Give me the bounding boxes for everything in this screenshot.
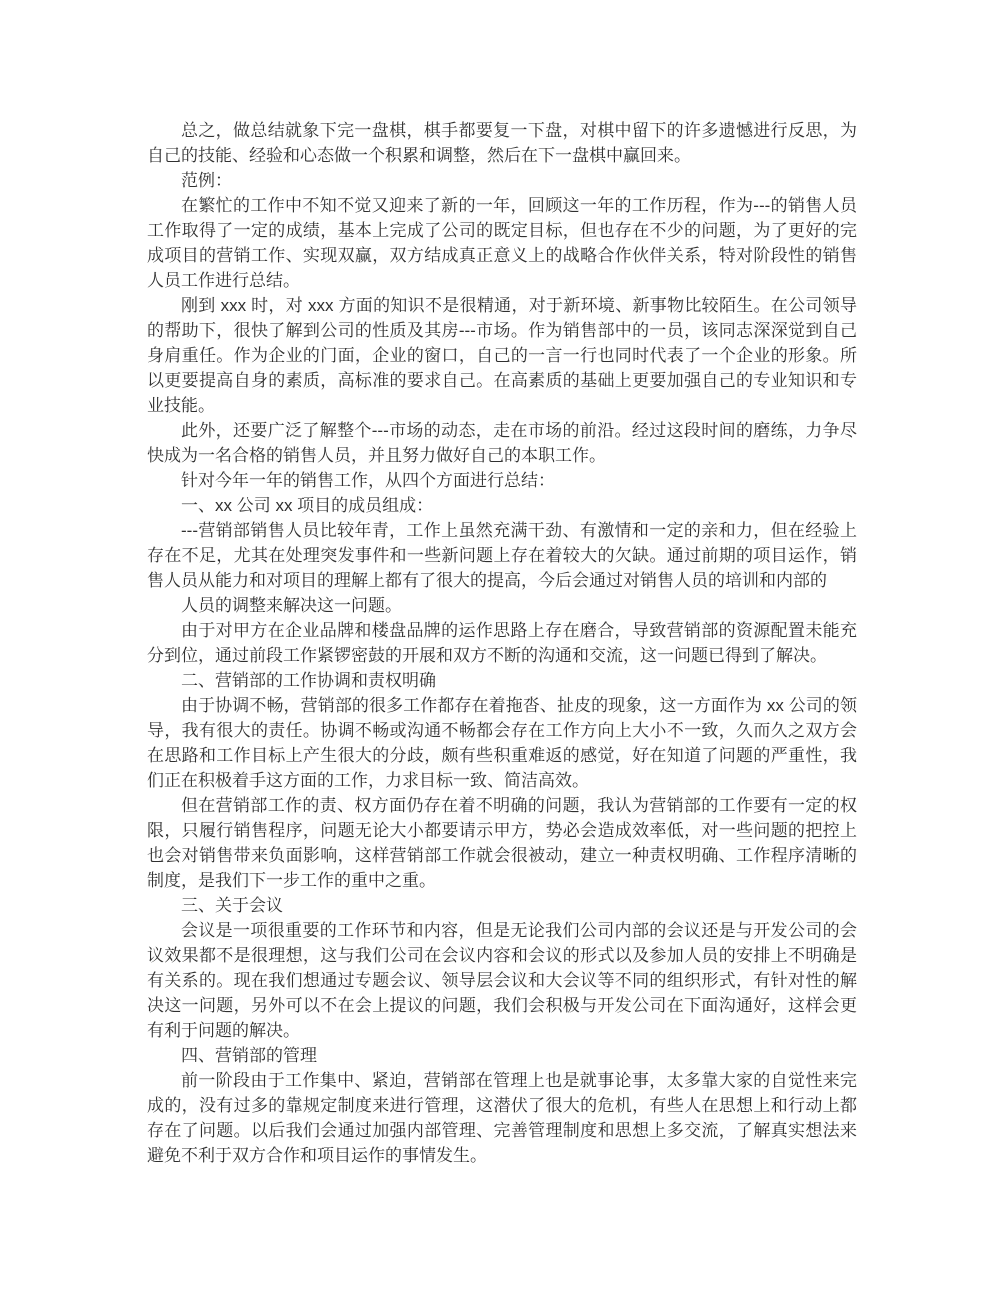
- paragraph-market-learning: 此外，还要广泛了解整个---市场的动态，走在市场的前沿。经过这段时间的磨练，力争…: [147, 418, 857, 468]
- section-heading-4: 四、营销部的管理: [147, 1043, 857, 1068]
- document-page: 总之，做总结就象下完一盘棋，棋手都要复一下盘，对棋中留下的许多遗憾进行反思，为自…: [0, 0, 1000, 1295]
- paragraph-review-intro: 在繁忙的工作中不知不觉又迎来了新的一年，回顾这一年的工作历程，作为---的销售人…: [147, 193, 857, 293]
- section-heading-1: 一、xx 公司 xx 项目的成员组成：: [147, 493, 857, 518]
- paragraph-brand-resources: 由于对甲方在企业品牌和楼盘品牌的运作思路上存在磨合，导致营销部的资源配置未能充分…: [147, 618, 857, 668]
- paragraph-team-composition: ---营销部销售人员比较年青，工作上虽然充满干劲、有激情和一定的亲和力，但在经验…: [147, 518, 857, 593]
- paragraph-authority: 但在营销部工作的责、权方面仍存在着不明确的问题，我认为营销部的工作要有一定的权限…: [147, 793, 857, 893]
- paragraph-summary-lead-in: 针对今年一年的销售工作，从四个方面进行总结：: [147, 468, 857, 493]
- section-heading-2: 二、营销部的工作协调和责权明确: [147, 668, 857, 693]
- label-example: 范例：: [147, 168, 857, 193]
- paragraph-meetings: 会议是一项很重要的工作环节和内容，但是无论我们公司内部的会议还是与开发公司的会议…: [147, 918, 857, 1043]
- paragraph-team-adjustment: 人员的调整来解决这一问题。: [147, 593, 857, 618]
- paragraph-coordination: 由于协调不畅，营销部的很多工作都存在着拖沓、扯皮的现象，这一方面作为 xx 公司…: [147, 693, 857, 793]
- section-heading-3: 三、关于会议: [147, 893, 857, 918]
- paragraph-management: 前一阶段由于工作集中、紧迫，营销部在管理上也是就事论事，太多靠大家的自觉性来完成…: [147, 1068, 857, 1168]
- document-content: 总之，做总结就象下完一盘棋，棋手都要复一下盘，对棋中留下的许多遗憾进行反思，为自…: [147, 118, 857, 1168]
- paragraph-newcomer: 刚到 xxx 时，对 xxx 方面的知识不是很精通，对于新环境、新事物比较陌生。…: [147, 293, 857, 418]
- paragraph-summary-intro: 总之，做总结就象下完一盘棋，棋手都要复一下盘，对棋中留下的许多遗憾进行反思，为自…: [147, 118, 857, 168]
